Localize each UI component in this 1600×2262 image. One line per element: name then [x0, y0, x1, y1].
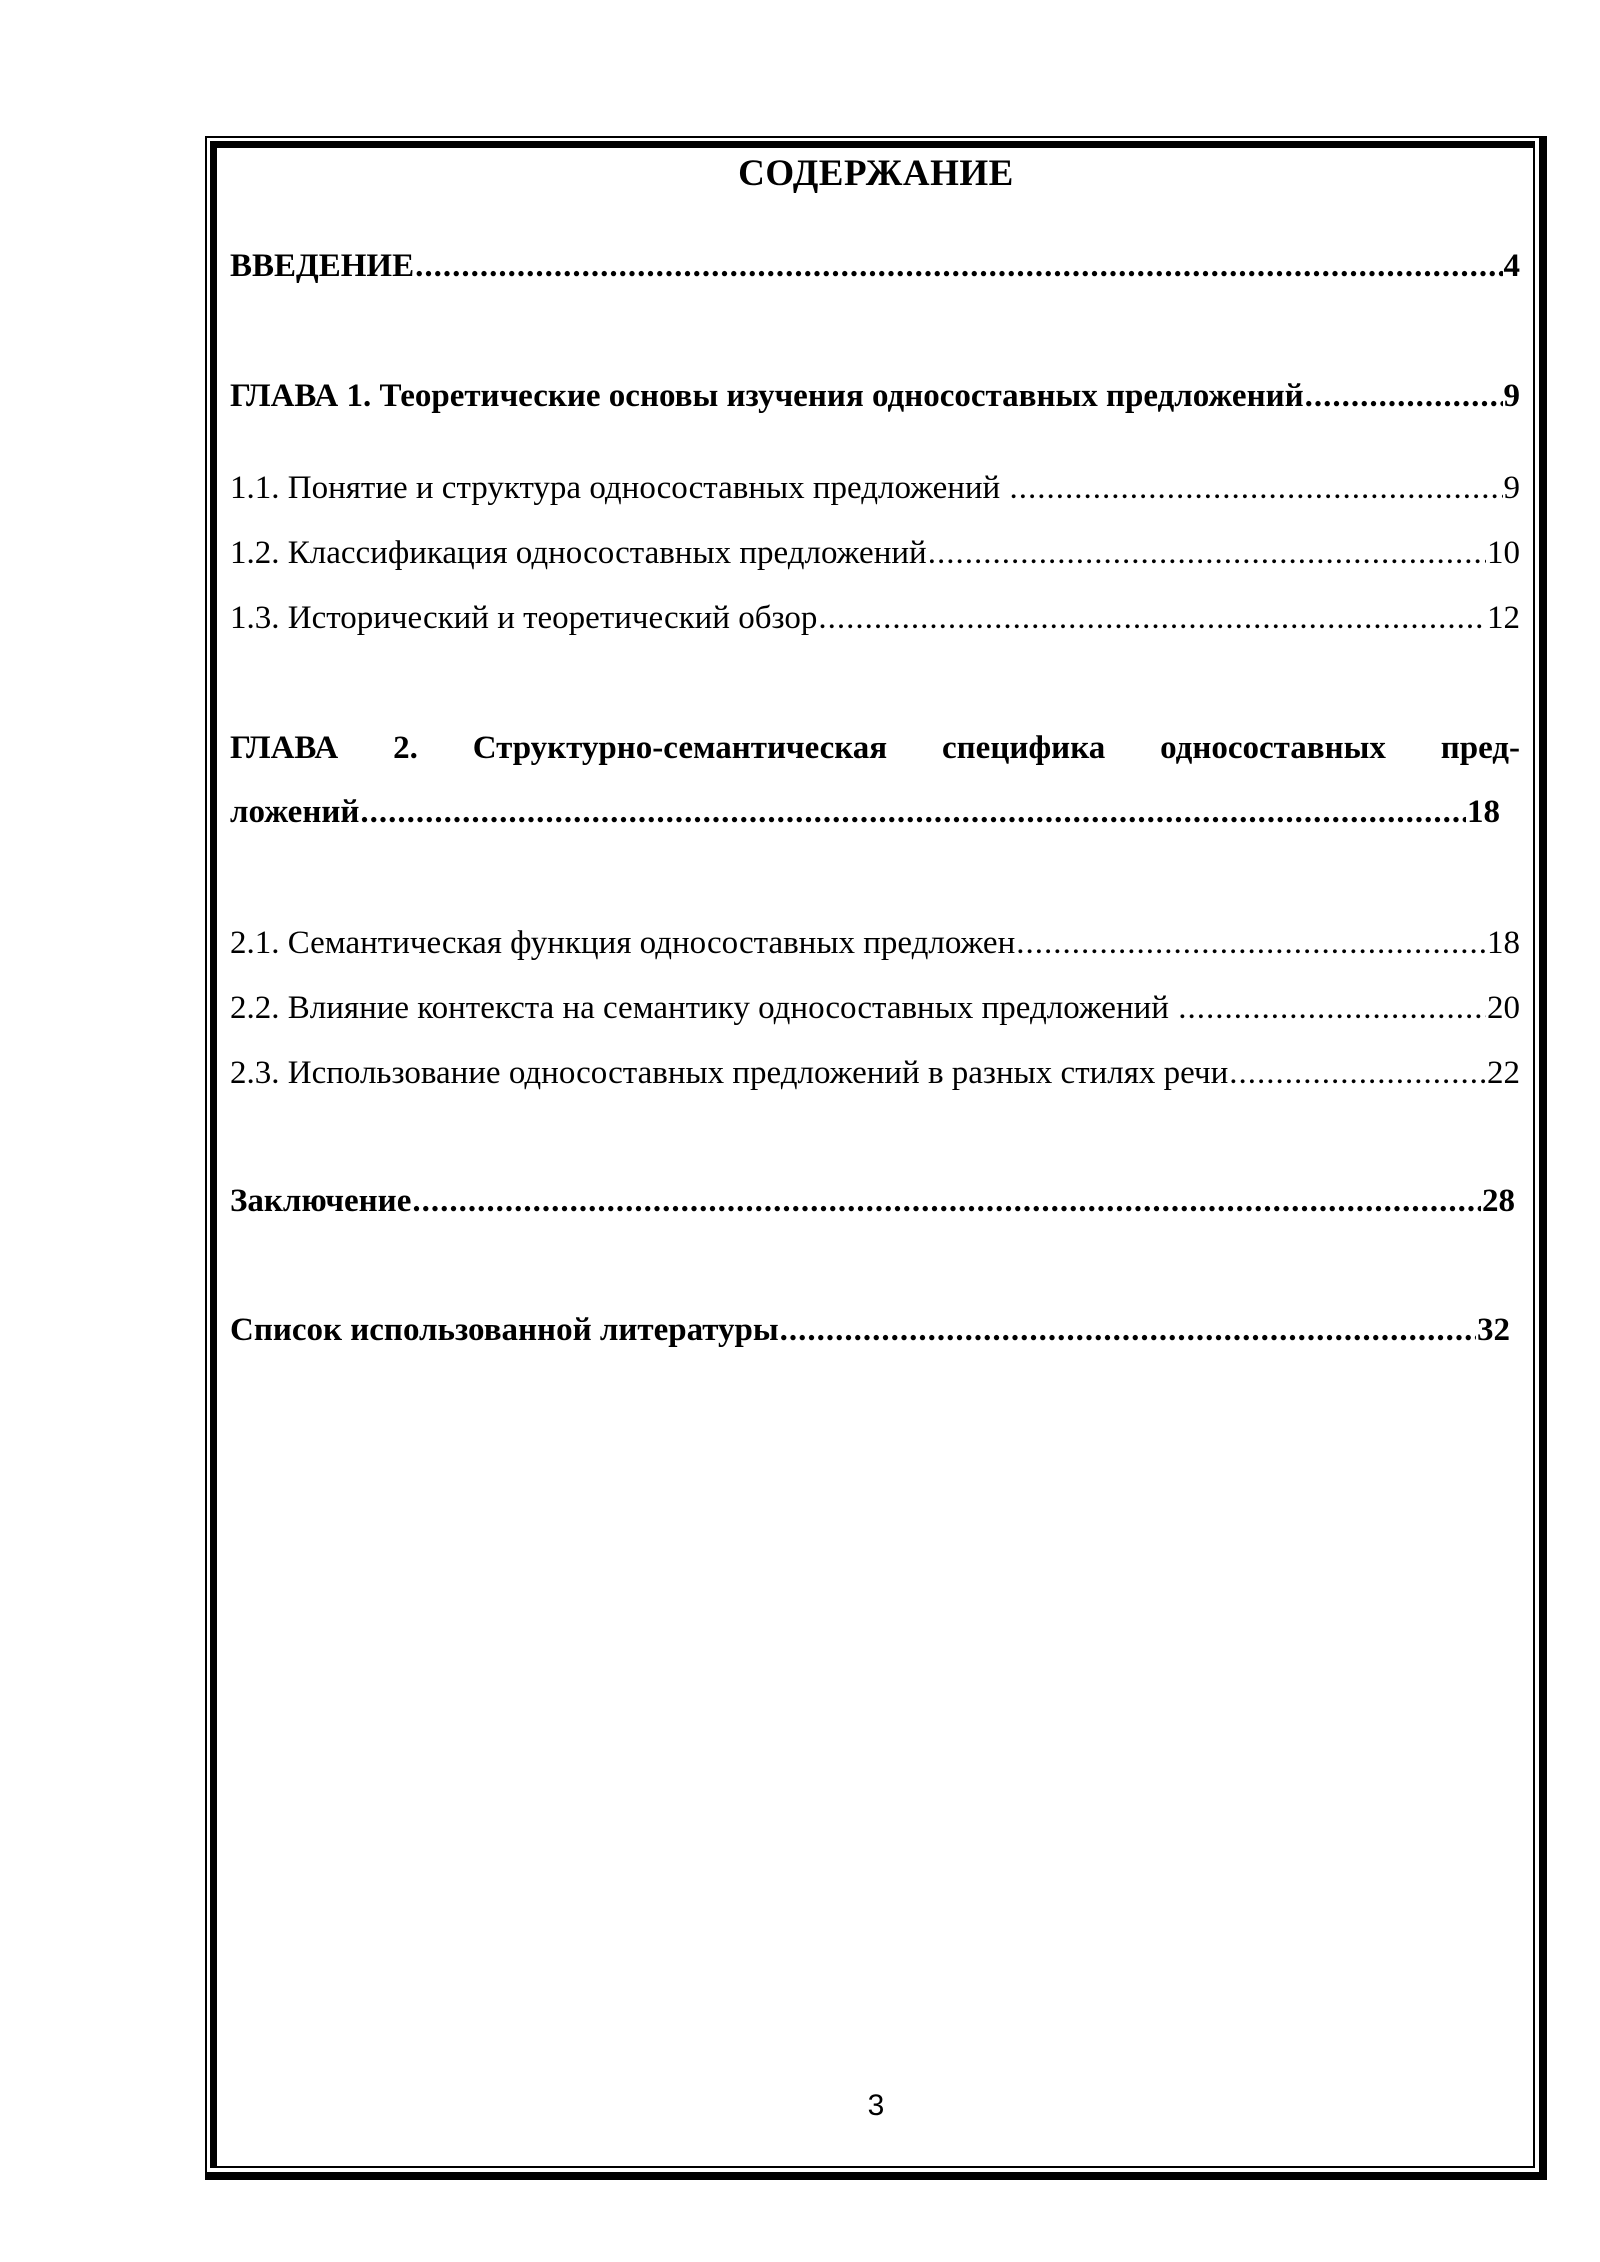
- dot-leader: [1009, 468, 1502, 508]
- toc-entry-section-2-2[interactable]: 2.2. Влияние контекста на семантику одно…: [230, 988, 1520, 1028]
- toc-entry-chapter-2-line-1[interactable]: ГЛАВА 2. Структурно-семантическая специф…: [230, 728, 1520, 768]
- toc-entry-page: 20: [1487, 988, 1520, 1028]
- dot-leader: [1305, 376, 1503, 416]
- toc-entry-page: 10: [1487, 533, 1520, 573]
- dot-leader: [412, 1181, 1481, 1221]
- toc-title: СОДЕРЖАНИЕ: [217, 150, 1535, 198]
- toc-entry-section-1-2[interactable]: 1.2. Классификация односоставных предлож…: [230, 533, 1520, 573]
- toc-entry-label: 2.2. Влияние контекста на семантику одно…: [230, 988, 1177, 1028]
- page-number: 3: [217, 2088, 1535, 2124]
- dot-leader: [928, 533, 1486, 573]
- dot-leader: [1016, 923, 1486, 963]
- page-frame-inner: [210, 141, 1535, 2168]
- dot-leader: [1229, 1053, 1486, 1093]
- dot-leader: [780, 1310, 1476, 1350]
- toc-entry-label: 2.1. Семантическая функция односоставных…: [230, 923, 1015, 963]
- toc-entry-bibliography[interactable]: Список использованной литературы 32: [230, 1310, 1510, 1350]
- toc-entry-page: 18: [1487, 923, 1520, 963]
- toc-entry-section-2-1[interactable]: 2.1. Семантическая функция односоставных…: [230, 923, 1520, 963]
- toc-entry-chapter-2[interactable]: ложений 18: [230, 792, 1500, 832]
- toc-entry-page: 9: [1504, 376, 1521, 416]
- toc-entry-label: Список использованной литературы: [230, 1310, 779, 1350]
- toc-entry-page: 28: [1482, 1181, 1515, 1221]
- toc-entry-label: ВВЕДЕНИЕ: [230, 246, 414, 286]
- toc-entry-label: ГЛАВА 2. Структурно-семантическая специф…: [230, 730, 1520, 766]
- toc-entry-page: 9: [1504, 468, 1521, 508]
- toc-entry-introduction[interactable]: ВВЕДЕНИЕ 4: [230, 246, 1520, 286]
- toc-entry-section-2-3[interactable]: 2.3. Использование односоставных предлож…: [230, 1053, 1520, 1093]
- toc-entry-label: 2.3. Использование односоставных предлож…: [230, 1053, 1228, 1093]
- dot-leader: [818, 598, 1486, 638]
- dot-leader: [360, 792, 1466, 832]
- toc-entry-page: 12: [1487, 598, 1520, 638]
- toc-entry-chapter-1[interactable]: ГЛАВА 1. Теоретические основы изучения о…: [230, 376, 1520, 416]
- toc-entry-section-1-1[interactable]: 1.1. Понятие и структура односоставных п…: [230, 468, 1520, 508]
- toc-entry-label: ложений: [230, 792, 359, 832]
- dot-leader: [415, 246, 1502, 286]
- toc-entry-page: 32: [1477, 1310, 1510, 1350]
- toc-entry-label: 1.1. Понятие и структура односоставных п…: [230, 468, 1008, 508]
- toc-entry-label: 1.3. Исторический и теоретический обзор: [230, 598, 817, 638]
- toc-entry-section-1-3[interactable]: 1.3. Исторический и теоретический обзор …: [230, 598, 1520, 638]
- toc-entry-page: 18: [1467, 792, 1500, 832]
- toc-entry-label: 1.2. Классификация односоставных предлож…: [230, 533, 927, 573]
- dot-leader: [1178, 988, 1486, 1028]
- toc-entry-page: 4: [1504, 246, 1521, 286]
- toc-entry-conclusion[interactable]: Заключение 28: [230, 1181, 1515, 1221]
- toc-entry-page: 22: [1487, 1053, 1520, 1093]
- toc-entry-label: ГЛАВА 1. Теоретические основы изучения о…: [230, 376, 1304, 416]
- toc-entry-label: Заключение: [230, 1181, 411, 1221]
